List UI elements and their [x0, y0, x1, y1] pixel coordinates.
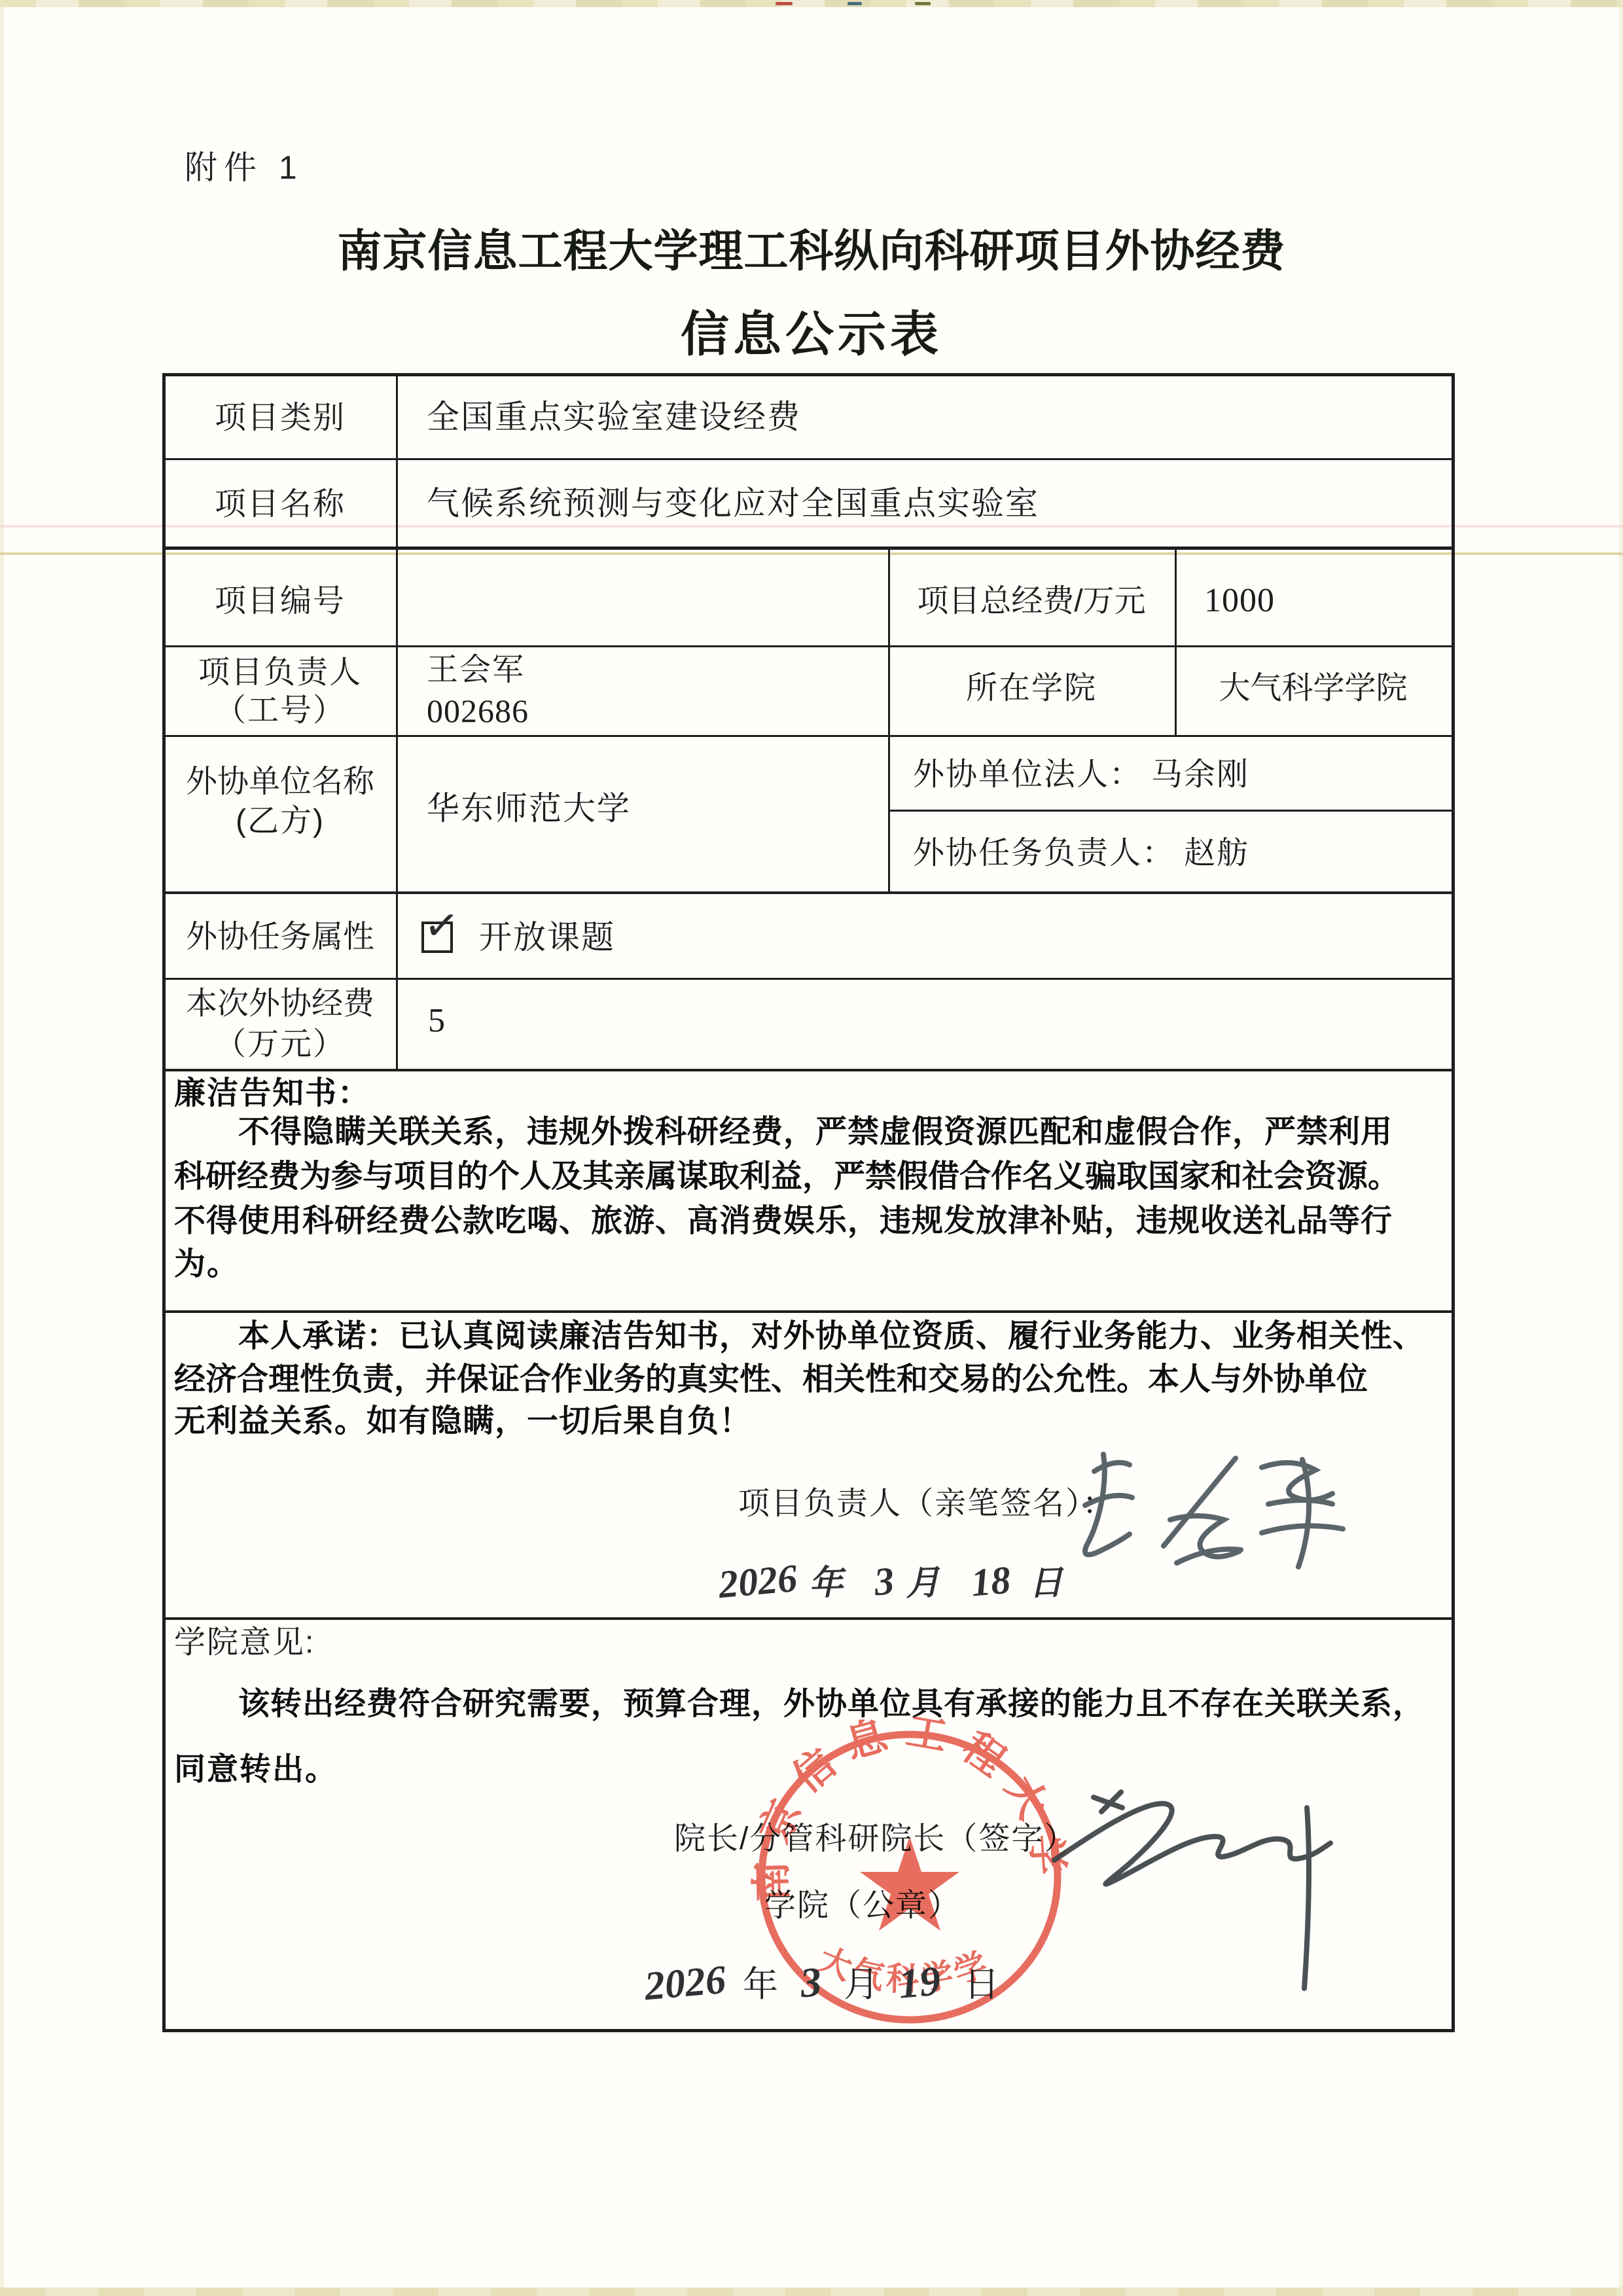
table-line — [162, 547, 1454, 550]
project-leader-label-line1: 项目负责人 — [162, 655, 398, 691]
legal-person-label: 外协单位法人： — [913, 757, 1142, 792]
integrity-heading: 廉洁告知书： — [174, 1075, 370, 1111]
college-value: 大气科学学院 — [1175, 670, 1452, 706]
table-line — [162, 1617, 1454, 1620]
commitment-date-day: 18 — [969, 1558, 1012, 1606]
integrity-line-1: 不得隐瞒关联关系，违规外拨科研经费，严禁虚假资源匹配和虚假合作，严禁利用 — [238, 1114, 1393, 1150]
project-name-value: 气候系统预测与变化应对全国重点实验室 — [427, 485, 1039, 523]
project-name-label: 项目名称 — [162, 486, 398, 522]
opinion-date-month: 3 — [798, 1958, 823, 2007]
commitment-date-day-unit: 日 — [1028, 1564, 1063, 1604]
table-line — [162, 1310, 1454, 1313]
project-number-label: 项目编号 — [162, 583, 398, 619]
college-label: 所在学院 — [888, 670, 1175, 706]
commitment-date-year: 2026 — [717, 1556, 799, 1607]
scan-artifact-pink-line — [0, 525, 1623, 528]
table-line — [162, 458, 1454, 460]
partner-unit-value: 华东师范大学 — [427, 790, 631, 828]
current-funds-value: 5 — [428, 1001, 446, 1041]
college-opinion-line2: 同意转出。 — [174, 1751, 338, 1787]
integrity-line-3: 不得使用科研经费公款吃喝、旅游、高消费娱乐，违规发放津补贴，违规收送礼品等行 — [174, 1203, 1393, 1239]
opinion-date: 2026年3月19日 — [645, 1958, 999, 2007]
commitment-line-1: 本人承诺：已认真阅读廉洁告知书，对外协单位资质、履行业务能力、业务相关性、 — [238, 1318, 1425, 1354]
legal-person: 外协单位法人：马余刚 — [913, 757, 1249, 793]
project-leader-name: 王会军 — [427, 652, 525, 688]
table-column-divider — [1175, 547, 1177, 736]
opinion-date-year-unit: 年 — [743, 1965, 778, 2004]
form-title-line1: 南京信息工程大学理工科纵向科研项目外协经费 — [0, 226, 1623, 277]
current-funds-label-line1: 本次外协经费 — [162, 986, 398, 1022]
scan-artifact-bottom-edge — [0, 2287, 1623, 2296]
table-border-top — [162, 373, 1454, 376]
task-leader: 外协任务负责人：赵舫 — [913, 835, 1249, 871]
task-attribute-label: 外协任务属性 — [162, 919, 398, 955]
opinion-date-month-unit: 月 — [844, 1965, 879, 2004]
opinion-date-day-unit: 日 — [964, 1965, 999, 2004]
seal-star-icon — [860, 1837, 959, 1931]
form-title-line2: 信息公示表 — [0, 306, 1623, 362]
college-opinion-heading: 学院意见: — [174, 1624, 315, 1660]
leader-signature — [1067, 1440, 1374, 1584]
total-budget-value: 1000 — [1204, 581, 1275, 620]
table-line — [162, 735, 1454, 737]
dean-signature — [1044, 1780, 1351, 2003]
table-border-right — [1452, 373, 1455, 2032]
table-border-left — [162, 373, 166, 2032]
commitment-date-month-unit: 月 — [905, 1564, 940, 1604]
checkbox-check-icon: ✓ — [421, 900, 461, 952]
commitment-line-3: 无利益关系。如有隐瞒，一切后果自负！ — [174, 1403, 751, 1439]
integrity-line-2: 科研经费为参与项目的个人及其亲属谋取利益，严禁假借合作名义骗取国家和社会资源。 — [174, 1158, 1399, 1194]
scan-speck-green — [915, 2, 931, 5]
leader-sign-label: 项目负责人（亲笔签名）： — [738, 1486, 1115, 1522]
task-leader-label: 外协任务负责人： — [913, 836, 1175, 870]
scan-artifact-top-edge — [0, 0, 1623, 7]
project-leader-id: 002686 — [427, 692, 529, 730]
opinion-date-year: 2026 — [643, 1957, 728, 2011]
integrity-line-4: 为。 — [174, 1246, 240, 1282]
project-category-label: 项目类别 — [162, 400, 398, 436]
commitment-date-month: 3 — [872, 1558, 896, 1605]
partner-unit-label-line2: (乙方) — [162, 803, 398, 839]
partner-unit-label-line1: 外协单位名称 — [162, 764, 398, 800]
scan-artifact-yellow-line — [0, 552, 1623, 555]
commitment-date-year-unit: 年 — [808, 1564, 844, 1604]
project-leader-label-line2: （工号） — [162, 692, 398, 728]
table-line — [162, 978, 1454, 980]
total-budget-label: 项目总经费/万元 — [888, 583, 1175, 619]
scan-speck-red — [776, 2, 793, 5]
opinion-date-day: 19 — [897, 1956, 942, 2008]
open-topic-option-label: 开放课题 — [479, 919, 615, 957]
task-leader-value: 赵舫 — [1184, 836, 1249, 870]
attachment-label: 附件 1 — [185, 149, 304, 187]
commitment-line-2: 经济合理性负责，并保证合作业务的真实性、相关性和交易的公允性。本人与外协单位 — [174, 1361, 1368, 1397]
scan-speck-blue — [847, 2, 862, 5]
current-funds-label-line2: （万元） — [162, 1026, 398, 1062]
legal-person-value: 马余刚 — [1151, 757, 1249, 792]
project-category-value: 全国重点实验室建设经费 — [427, 399, 801, 437]
scanned-form-page: 附件 1 南京信息工程大学理工科纵向科研项目外协经费 信息公示表 项目类别 全国… — [0, 0, 1623, 2296]
table-line — [888, 810, 1454, 812]
table-line — [162, 1069, 1454, 1071]
table-line — [162, 645, 1454, 647]
commitment-date: 2026年3月18日 — [719, 1559, 1063, 1604]
table-line — [162, 891, 1454, 894]
college-opinion-line1: 该转出经费符合研究需要，预算合理，外协单位具有承接的能力且不存在关联关系， — [238, 1686, 1425, 1722]
